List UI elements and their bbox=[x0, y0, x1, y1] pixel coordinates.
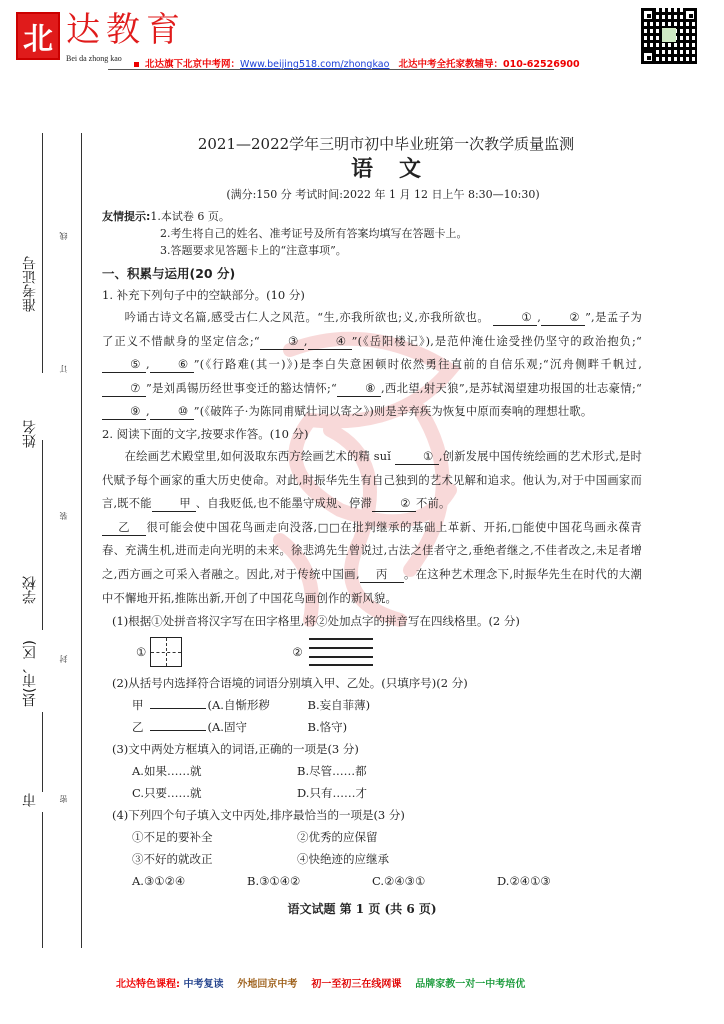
tip-2: 2.考生将自己的姓名、准考证号及所有答案均填写在答题卡上。 bbox=[102, 225, 642, 242]
promo-label: 北达特色课程: bbox=[116, 979, 180, 990]
option-d[interactable]: D.只有……才 bbox=[297, 782, 367, 804]
blank-9: ⑨ bbox=[102, 405, 146, 420]
sentence-2: ②优秀的应保留 bbox=[297, 826, 378, 848]
blank-q2-2: ② bbox=[372, 497, 416, 512]
answer-blank[interactable] bbox=[150, 694, 206, 709]
option-c[interactable]: C.只要……就 bbox=[132, 782, 297, 804]
text: ”是刘禹锡历经世事变迁的豁达情怀;“ bbox=[146, 382, 337, 395]
text: 不前。 bbox=[416, 497, 451, 510]
subject-title: 语文 bbox=[156, 154, 642, 184]
mark-bind: 订 bbox=[58, 365, 69, 373]
tip-1: 1.本试卷 6 页。 bbox=[150, 210, 230, 223]
exam-meta: (满分:150 分 考试时间:2022 年 1 月 12 日上午 8:30—10… bbox=[124, 184, 642, 206]
blank-2: ② bbox=[541, 311, 585, 326]
tips: 友情提示:1.本试卷 6 页。 bbox=[102, 208, 642, 225]
blank-5: ⑤ bbox=[102, 358, 146, 373]
promo-item[interactable]: 初一至初三在线网课 bbox=[311, 979, 401, 990]
bullet-icon bbox=[134, 62, 139, 67]
option-b: B.妄自菲薄) bbox=[308, 694, 371, 716]
label-county: 县(市、区) bbox=[20, 640, 40, 707]
promo-item[interactable]: 中考复读 bbox=[183, 979, 223, 990]
sub3-options-row1: A.如果……就 B.尽管……都 bbox=[102, 760, 642, 782]
exam-title: 2021—2022学年三明市初中毕业班第一次教学质量监测 bbox=[130, 134, 642, 154]
answer-blank[interactable] bbox=[150, 716, 206, 731]
promo-item[interactable]: 外地回京中考 bbox=[237, 979, 297, 990]
sub4-stem: (4)下列四个句子填入文中丙处,排序最恰当的一项是(3 分) bbox=[102, 804, 642, 826]
q2-passage: 在绘画艺术殿堂里,如何汲取东西方绘画艺术的精 suǐ ①,创新发展中国传统绘画的… bbox=[102, 445, 642, 516]
exam-page: 2021—2022学年三明市初中毕业班第一次教学质量监测 语文 (满分:150 … bbox=[102, 134, 642, 892]
page-footer: 语文试题 第 1 页 (共 6 页) bbox=[0, 900, 724, 917]
logo-text: 达教育 bbox=[66, 10, 186, 50]
q1-passage: 吟诵古诗文名篇,感受古仁人之风范。“生,亦我所欲也;义,亦我所欲也。 ①,②”,… bbox=[102, 306, 642, 424]
sub1-stem: (1)根据①处拼音将汉字写在田字格里,将②处加点字的拼音写在四线格里。(2 分) bbox=[102, 610, 642, 632]
label-1: ① bbox=[136, 641, 146, 663]
blank-4: ④ bbox=[308, 335, 352, 350]
qr-corner bbox=[641, 50, 655, 64]
blank-8: ⑧ bbox=[337, 382, 381, 397]
blank-yi: 乙 bbox=[102, 521, 146, 536]
sub4-options: A.③①②④ B.③①④② C.②④③① D.②④①③ bbox=[102, 870, 642, 892]
blank-jia: 甲 bbox=[152, 497, 196, 512]
blank-6: ⑥ bbox=[150, 358, 194, 373]
header-contact: 北达旗下北京中考网：Www.beijing518.com/zhongkao 北达… bbox=[134, 56, 580, 70]
q1-stem: 1. 补充下列句子中的空缺部分。(10 分) bbox=[102, 285, 642, 306]
tianzige-grid[interactable] bbox=[150, 637, 182, 667]
label-2: ② bbox=[292, 641, 302, 663]
four-line-grid[interactable] bbox=[309, 638, 373, 666]
qr-logo bbox=[662, 28, 676, 42]
label-city: 市 bbox=[20, 793, 40, 807]
row-label: 乙 bbox=[132, 716, 144, 738]
mark-secret: 密 bbox=[58, 795, 69, 803]
sub4-sentences-row1: ①不足的要补全 ②优秀的应保留 bbox=[102, 826, 642, 848]
option-a: (A.自惭形秽 bbox=[208, 694, 308, 716]
header-divider bbox=[108, 69, 554, 70]
promo-item[interactable]: 品牌家教一对一中考培优 bbox=[415, 979, 525, 990]
sub2-row-yi: 乙 (A.固守 B.恪守) bbox=[102, 716, 642, 738]
option-a[interactable]: A.如果……就 bbox=[132, 760, 297, 782]
text: ”(《岳阳楼记》),是范仲淹仕途受挫仍坚守的政治抱负;“ bbox=[352, 335, 642, 348]
margin-line bbox=[42, 812, 43, 948]
row-label: 甲 bbox=[132, 694, 144, 716]
sentence-1: ①不足的要补全 bbox=[132, 826, 297, 848]
sub4-sentences-row2: ③不好的就改正 ④快绝迹的应继承 bbox=[102, 848, 642, 870]
sub1-answer-area: ① ② bbox=[102, 632, 642, 672]
option-b[interactable]: B.尽管……都 bbox=[297, 760, 367, 782]
label-school: 学校 bbox=[20, 576, 40, 604]
text: ,西北望,射天狼”,是苏轼渴望建功报国的壮志豪情;“ bbox=[381, 382, 642, 395]
sub2-stem: (2)从括号内选择符合语境的词语分别填入甲、乙处。(只填序号)(2 分) bbox=[102, 672, 642, 694]
blank-1: ① bbox=[493, 311, 537, 326]
label-exam-number: 准考证号 bbox=[20, 256, 40, 312]
text: ”(《破阵子·为陈同甫赋壮词以寄之》)则是辛弃疾为恢复中原而奏响的理想壮歌。 bbox=[194, 405, 593, 418]
option-a[interactable]: A.③①②④ bbox=[132, 870, 247, 892]
sub3-stem: (3)文中两处方框填入的词语,正确的一项是(3 分) bbox=[102, 738, 642, 760]
logo-char: 北 bbox=[23, 14, 53, 58]
qr-corner bbox=[641, 8, 655, 22]
option-b[interactable]: B.③①④② bbox=[247, 870, 372, 892]
qr-corner bbox=[683, 8, 697, 22]
logo-subtitle: Bei da zhong kao bbox=[66, 54, 122, 63]
text: ”(《行路难(其一)》)是李白失意困顿时依然勇往直前的自信乐观;“沉舟侧畔千帆过… bbox=[194, 358, 642, 371]
label-name: 姓名 bbox=[20, 420, 40, 448]
binding-rule bbox=[81, 133, 82, 948]
text: 、自我贬低,也不能墨守成规、停滞 bbox=[196, 497, 372, 510]
promo-bar: 北达特色课程: 中考复读 外地回京中考 初一至初三在线网课 品牌家教一对一中考培… bbox=[116, 975, 525, 990]
mark-line: 线 bbox=[58, 232, 69, 240]
blank-10: ⑩ bbox=[150, 405, 194, 420]
margin-line bbox=[42, 712, 43, 792]
qr-code-icon bbox=[641, 8, 697, 64]
section-title: 一、积累与运用(20 分) bbox=[102, 263, 642, 285]
logo-mark: 北 bbox=[16, 12, 60, 60]
option-b: B.恪守) bbox=[308, 716, 348, 738]
q2-passage-cont: 乙很可能会使中国花鸟画走向没落,□□在批判继承的基础上革新、开拓,□能使中国花鸟… bbox=[102, 516, 642, 610]
text: 吟诵古诗文名篇,感受古仁人之风范。“生,亦我所欲也;义,亦我所欲也。 bbox=[125, 311, 490, 324]
option-c[interactable]: C.②④③① bbox=[372, 870, 497, 892]
margin-line bbox=[42, 133, 43, 373]
option-a: (A.固守 bbox=[208, 716, 308, 738]
tip-3: 3.答题要求见答题卡上的“注意事项”。 bbox=[102, 242, 642, 259]
mark-pack: 装 bbox=[58, 512, 69, 520]
mark-seal: 封 bbox=[58, 655, 69, 663]
blank-q2-1: ① bbox=[395, 450, 439, 465]
blank-bing: 丙 bbox=[360, 568, 404, 583]
blank-3: ③ bbox=[260, 335, 304, 350]
option-d[interactable]: D.②④①③ bbox=[497, 870, 551, 892]
margin-line bbox=[42, 440, 43, 630]
sub2-row-jia: 甲 (A.自惭形秽 B.妄自菲薄) bbox=[102, 694, 642, 716]
sentence-4: ④快绝迹的应继承 bbox=[297, 848, 389, 870]
tips-heading: 友情提示: bbox=[102, 210, 150, 223]
q2-stem: 2. 阅读下面的文字,按要求作答。(10 分) bbox=[102, 424, 642, 445]
text: 在绘画艺术殿堂里,如何汲取东西方绘画艺术的精 suǐ bbox=[125, 450, 391, 463]
sub3-options-row2: C.只要……就 D.只有……才 bbox=[102, 782, 642, 804]
sentence-3: ③不好的就改正 bbox=[132, 848, 297, 870]
blank-7: ⑦ bbox=[102, 382, 146, 397]
